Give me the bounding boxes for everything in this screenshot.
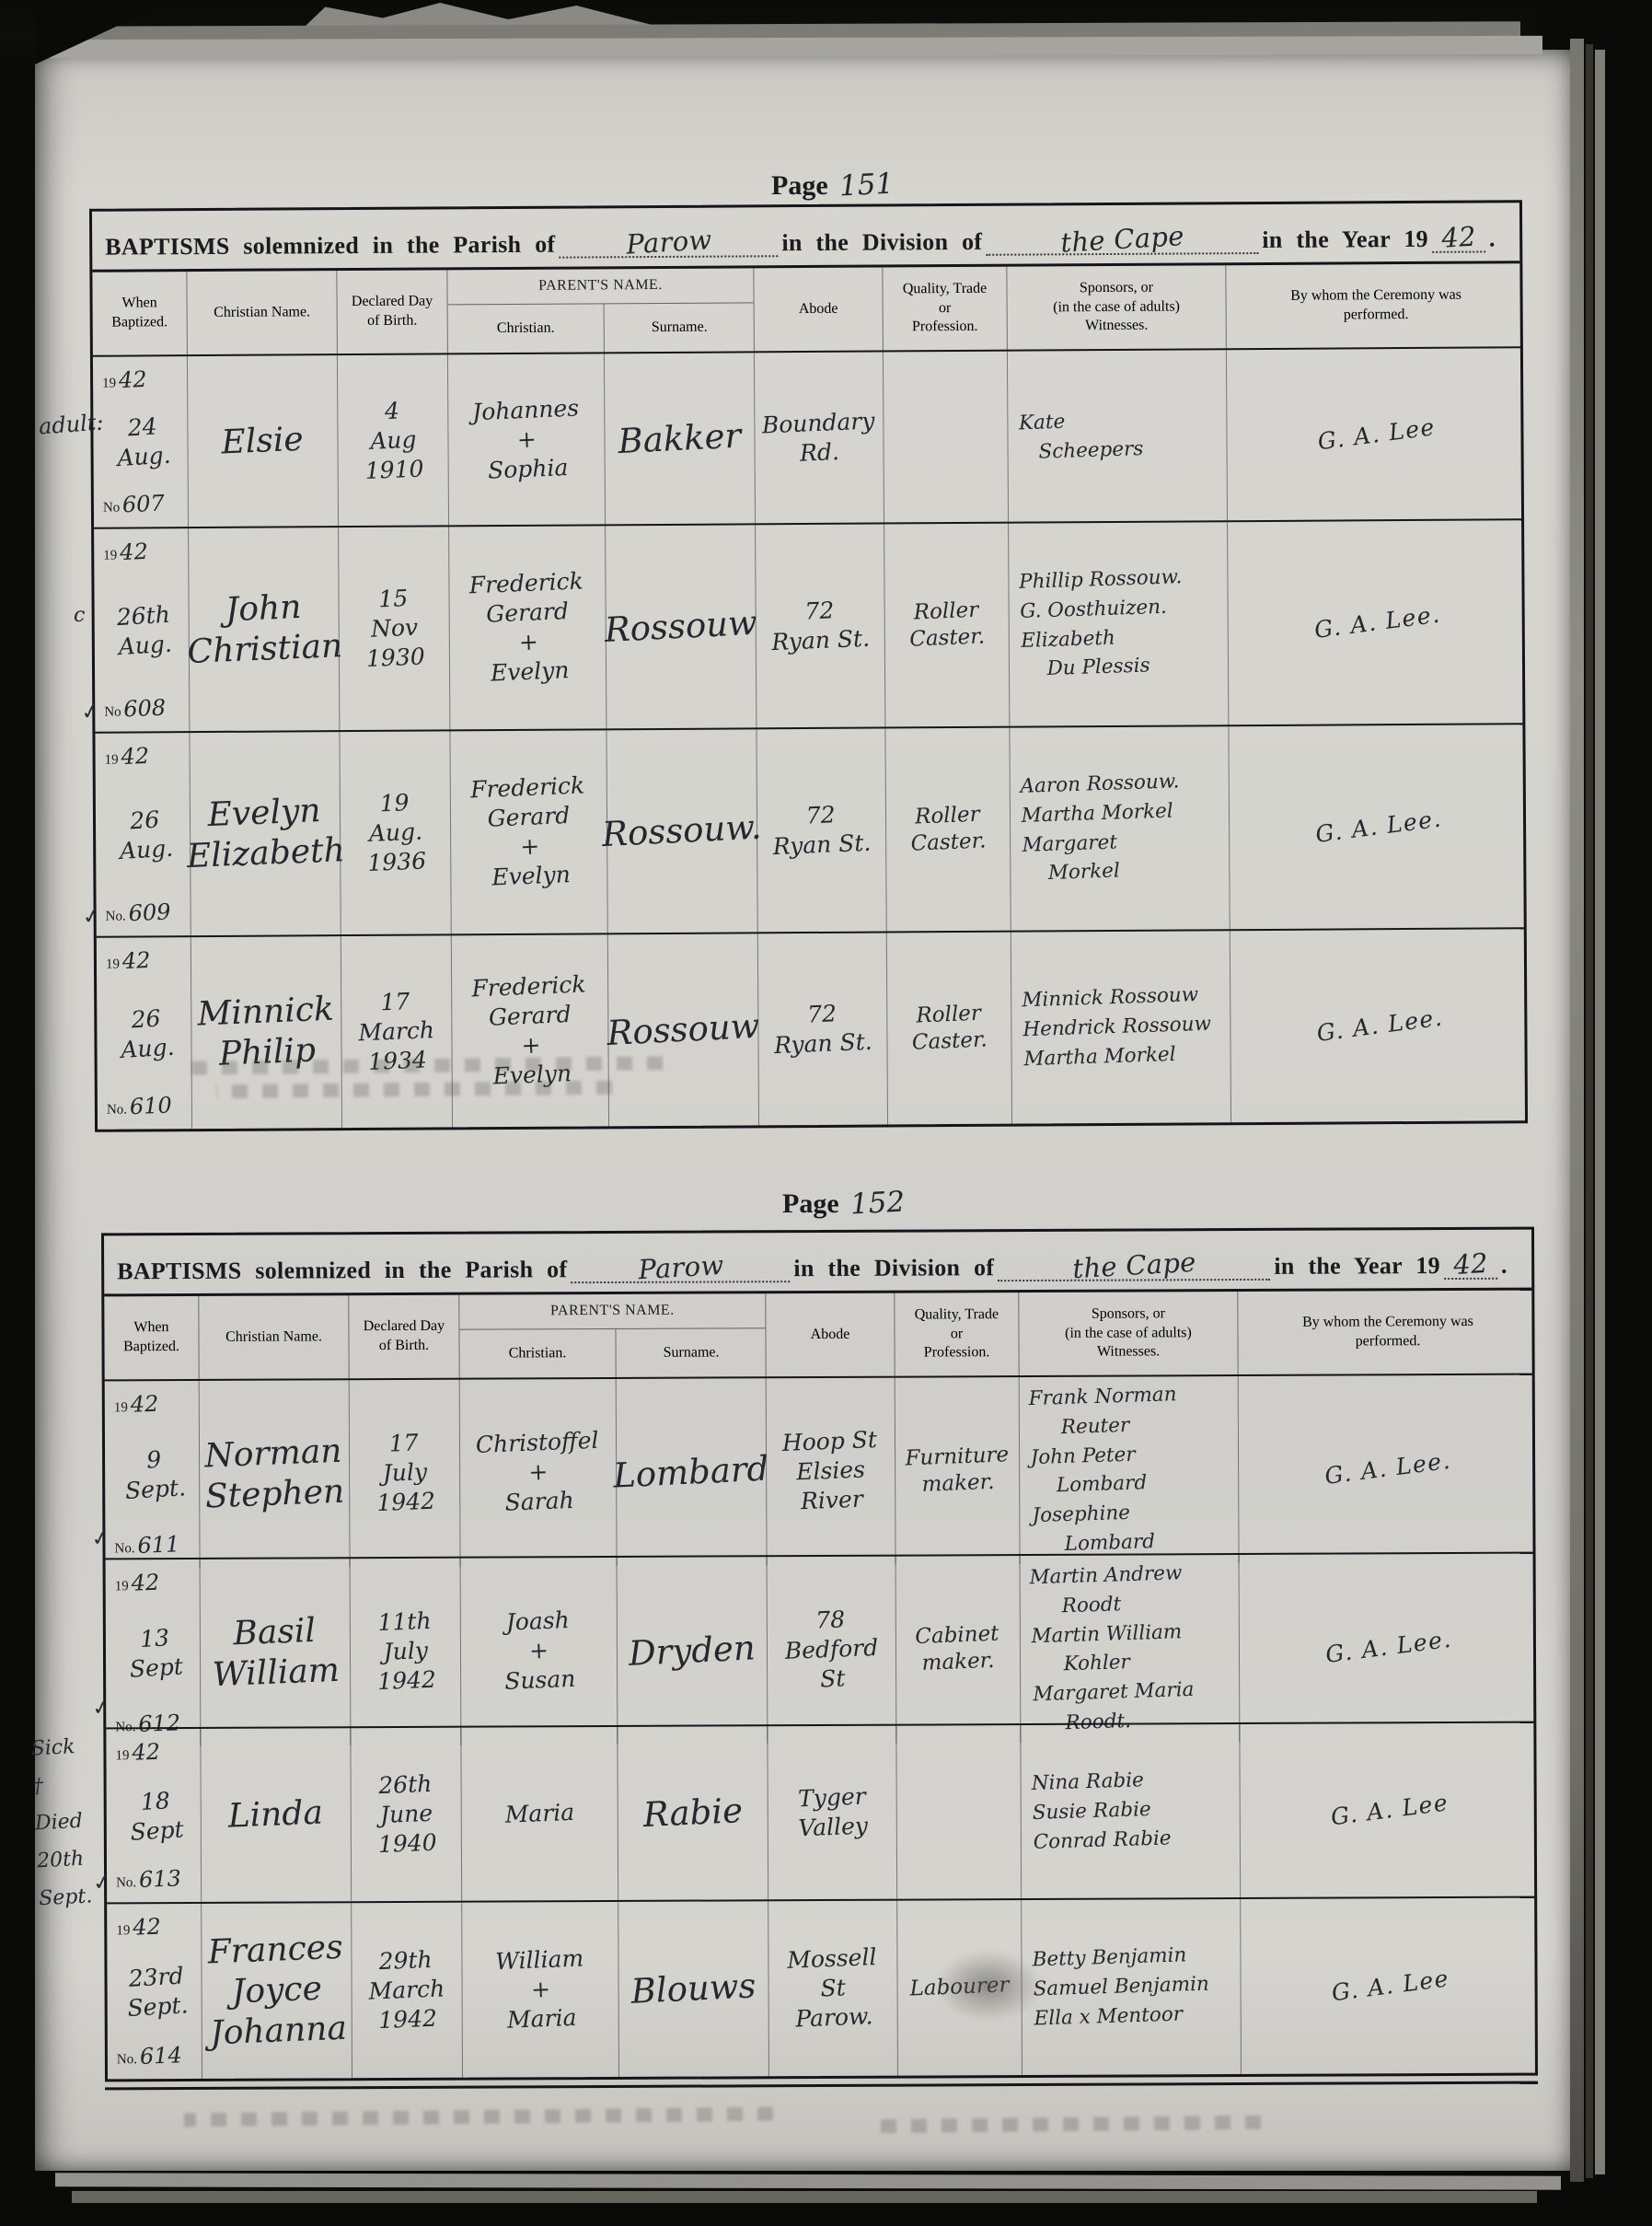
header-parent-christian: Christian. xyxy=(459,1329,616,1378)
division-name: the Cape xyxy=(1059,219,1184,261)
cell-parent-christian: William + Maria xyxy=(462,1902,619,2078)
birth-date: 4 Aug 1910 xyxy=(362,395,424,486)
cell-christian-name: Evelyn Elizabeth xyxy=(190,732,341,935)
header-sponsors: Sponsors, or (in the case of adults) Wit… xyxy=(1019,1292,1238,1375)
page-edge-top xyxy=(42,36,1542,58)
cell-parent-christian: Frederick Gerard + Evelyn xyxy=(449,526,607,729)
baptism-year: 1942 xyxy=(116,1913,161,1942)
cell-minister: G. A. Lee xyxy=(1241,1898,1541,2074)
title-text-pre: BAPTISMS solemnized in the Parish of xyxy=(117,1256,567,1285)
abode: Tyger Valley xyxy=(796,1781,868,1843)
cell-sponsors: Kate Scheepers xyxy=(1008,350,1228,521)
number-written: 607 xyxy=(122,490,166,520)
minister-signature: G. A. Lee xyxy=(1330,1964,1451,2008)
cell-parent-surname: Rossouw xyxy=(608,933,759,1126)
cell-quality: Furniture maker. xyxy=(895,1377,1021,1564)
cell-parent-surname: Lombard xyxy=(617,1378,768,1566)
sponsors-witnesses: Betty Benjamin Samuel Benjamin Ella x Me… xyxy=(1032,1941,1210,2034)
minister-signature: G. A. Lee. xyxy=(1314,805,1444,850)
abode: Boundary Rd. xyxy=(761,406,876,470)
cell-parent-surname: Rossouw. xyxy=(607,729,757,933)
quality-trade: Roller Caster. xyxy=(908,597,986,654)
cell-parent-christian: Maria xyxy=(461,1727,618,1901)
sponsors-witnesses: Aaron Rossouw. Martha Morkel Margaret Mo… xyxy=(1020,768,1183,890)
baptism-day-month: 9 Sept. xyxy=(122,1443,186,1506)
baptism-year-written: 42 xyxy=(118,365,147,395)
sponsors-witnesses: Frank Norman Reuter John Peter Lombard J… xyxy=(1028,1380,1182,1560)
baptism-year: 1942 xyxy=(114,1390,159,1419)
parent-surname: Lombard xyxy=(613,1446,770,1497)
cell-parent-surname: Rabie xyxy=(618,1726,768,1900)
title-text-pre: BAPTISMS solemnized in the Parish of xyxy=(105,231,555,261)
cell-parent-surname: Rossouw xyxy=(606,525,757,728)
minister-signature: G. A. Lee. xyxy=(1323,1446,1453,1491)
quality-trade: Cabinet maker. xyxy=(915,1621,1000,1678)
year-printed-prefix: 19 xyxy=(114,1400,128,1416)
birth-date: 15 Nov 1930 xyxy=(363,583,425,674)
parent-surname: Rossouw xyxy=(604,601,758,653)
christian-name: Evelyn Elizabeth xyxy=(184,790,345,877)
birth-date: 17 July 1942 xyxy=(374,1428,435,1518)
number-prefix: No. xyxy=(107,1103,127,1119)
cell-parent-christian: Christoffel + Sarah xyxy=(460,1379,618,1567)
header-when-baptized: When Baptized. xyxy=(92,272,188,355)
cell-declared-birth: 29th March 1942 xyxy=(352,1903,463,2079)
abode: 72 Ryan St. xyxy=(771,799,872,862)
title-text-mid: in the Division of xyxy=(793,1254,994,1282)
record-number: No608 xyxy=(104,695,166,724)
table-title: BAPTISMS solemnized in the Parish of Par… xyxy=(92,203,1519,272)
cell-quality: Cabinet maker. xyxy=(896,1556,1022,1743)
division-blank: the Cape xyxy=(998,1245,1270,1281)
minister-signature: G. A. Lee. xyxy=(1313,600,1443,645)
birth-date: 26th June 1940 xyxy=(375,1769,437,1860)
parent-surname: Rabie xyxy=(642,1789,744,1837)
cell-declared-birth: 19 Aug. 1936 xyxy=(340,731,451,934)
cell-sponsors: Betty Benjamin Samuel Benjamin Ella x Me… xyxy=(1022,1899,1242,2075)
parent-surname: Rossouw. xyxy=(601,806,762,857)
cell-when-baptized: 194223rd Sept.No.614 xyxy=(107,1904,202,2079)
header-parents-name-group: PARENT'S NAME. Christian. Surname. xyxy=(447,268,755,353)
sponsors-witnesses: Kate Scheepers xyxy=(1018,405,1143,468)
parent-christian-names: Joash + Susan xyxy=(502,1606,576,1697)
baptism-year: 1942 xyxy=(102,365,147,394)
cell-minister: G. A. Lee. xyxy=(1228,520,1528,725)
cell-sponsors: Aaron Rossouw. Martha Morkel Margaret Mo… xyxy=(1010,726,1230,930)
cell-quality xyxy=(896,1725,1022,1899)
baptism-day-month: 18 Sept xyxy=(128,1785,185,1847)
cell-quality xyxy=(884,352,1009,523)
record-row: ✓194226 Aug.No.609Evelyn Elizabeth19 Aug… xyxy=(95,723,1523,935)
record-row: ✓19429 Sept.No.611Norman Stephen17 July … xyxy=(105,1375,1533,1559)
cell-when-baptized: 194226 Aug.No.609 xyxy=(95,733,191,936)
header-by-whom: By whom the Ceremony was performed. xyxy=(1226,263,1526,348)
column-headers: When Baptized. Christian Name. Declared … xyxy=(104,1291,1531,1382)
cell-sponsors: Phillip Rossouw. G. Oosthuizen. Elizabet… xyxy=(1009,522,1229,725)
cell-christian-name: Elsie xyxy=(188,355,339,527)
cell-minister: G. A. Lee. xyxy=(1240,1554,1540,1742)
baptism-day-month: 26th Aug. xyxy=(116,599,173,661)
cell-abode: 72 Ryan St. xyxy=(756,524,885,727)
sponsors-witnesses: Martin Andrew Roodt Martin William Kohle… xyxy=(1029,1559,1196,1739)
quality-trade: Furniture maker. xyxy=(905,1442,1011,1500)
cell-parent-christian: Joash + Susan xyxy=(461,1558,618,1745)
sponsors-witnesses: Nina Rabie Susie Rabie Conrad Rabie xyxy=(1031,1766,1172,1858)
cell-when-baptized: 194224 Aug.No607 xyxy=(93,356,189,528)
cell-sponsors: Minnick Rossouw Hendrick Rossouw Martha … xyxy=(1011,931,1231,1123)
cell-when-baptized: 194226th Aug.No608 xyxy=(94,528,190,732)
cell-abode: Mossell St Parow. xyxy=(768,1901,898,2077)
baptism-year-written: 42 xyxy=(132,1738,161,1768)
register-scan: Page 151 BAPTISMS solemnized in the Pari… xyxy=(0,0,1652,2226)
baptism-year: 1942 xyxy=(115,1738,160,1767)
margin-note-c: c xyxy=(74,603,85,629)
number-prefix: No. xyxy=(117,2053,137,2069)
cell-christian-name: Linda xyxy=(201,1728,352,1902)
baptism-year: 1942 xyxy=(104,742,149,771)
cell-when-baptized: 19429 Sept.No.611 xyxy=(105,1381,201,1568)
abode: 72 Ryan St. xyxy=(770,595,871,657)
record-number: No.610 xyxy=(107,1093,172,1121)
cell-parent-surname: Blouws xyxy=(618,1901,769,2077)
cell-abode: 72 Ryan St. xyxy=(758,933,888,1125)
parent-christian-names: Johannes + Sophia xyxy=(471,393,582,486)
record-number: No.614 xyxy=(117,2042,182,2070)
year-written: 42 xyxy=(1452,1246,1489,1282)
cell-abode: Boundary Rd. xyxy=(755,352,884,523)
cell-parent-christian: Johannes + Sophia xyxy=(448,354,606,525)
header-parents-name-group: PARENT'S NAME. Christian. Surname. xyxy=(459,1293,766,1377)
page-edges-right xyxy=(1570,39,1584,2182)
cell-parent-surname: Bakker xyxy=(605,353,756,524)
number-written: 614 xyxy=(139,2042,182,2071)
baptism-day-month: 26 Aug. xyxy=(117,804,174,865)
header-when-baptized: When Baptized. xyxy=(104,1296,199,1379)
quality-trade: Roller Caster. xyxy=(910,1000,988,1057)
title-text-mid: in the Division of xyxy=(781,228,982,257)
christian-name: Linda xyxy=(227,1793,324,1838)
record-number: No.609 xyxy=(106,899,171,928)
title-text-end: . xyxy=(1501,1252,1508,1280)
number-written: 608 xyxy=(123,694,167,725)
header-by-whom: By whom the Ceremony was performed. xyxy=(1238,1291,1537,1374)
cell-declared-birth: 17 July 1942 xyxy=(350,1380,461,1567)
header-sponsors: Sponsors, or (in the case of adults) Wit… xyxy=(1007,265,1227,349)
baptism-day-month: 26 Aug. xyxy=(119,1003,176,1064)
parent-surname: Bakker xyxy=(618,413,743,463)
margin-note-adult: adult: xyxy=(38,409,105,442)
record-number: No.611 xyxy=(114,1531,179,1559)
year-printed-prefix: 19 xyxy=(102,377,116,392)
abode: Hoop St Elsies River xyxy=(768,1425,893,1518)
parent-surname: Blouws xyxy=(630,1965,757,2014)
header-declared-day: Declared Day of Birth. xyxy=(337,270,448,354)
number-written: 610 xyxy=(129,1092,172,1122)
cell-christian-name: Norman Stephen xyxy=(200,1380,351,1568)
baptism-year-written: 42 xyxy=(130,1390,159,1420)
baptism-register-table-152: BAPTISMS solemnized in the Parish of Par… xyxy=(101,1227,1538,2082)
number-written: 613 xyxy=(139,1865,182,1895)
header-quality: Quality, Trade or Profession. xyxy=(883,267,1008,351)
cell-declared-birth: 15 Nov 1930 xyxy=(339,527,450,730)
year-printed-prefix: 19 xyxy=(115,1748,129,1764)
baptism-day-month: 24 Aug. xyxy=(115,412,172,473)
year-printed-prefix: 19 xyxy=(116,1923,130,1939)
year-blank: 42 xyxy=(1432,216,1485,252)
header-christian-name: Christian Name. xyxy=(187,271,338,354)
cell-declared-birth: 26th June 1940 xyxy=(351,1728,462,1902)
cell-sponsors: Nina Rabie Susie Rabie Conrad Rabie xyxy=(1021,1724,1241,1898)
parent-surname: Rossouw xyxy=(606,1004,760,1056)
cell-christian-name: Minnick Philip xyxy=(191,936,342,1129)
parent-surname: Dryden xyxy=(628,1626,757,1675)
cell-minister: G. A. Lee. xyxy=(1229,725,1529,929)
year-printed-prefix: 19 xyxy=(105,753,119,769)
record-row: 194226 Aug.No.610Minnick Philip17 March … xyxy=(97,927,1525,1129)
header-abode: Abode xyxy=(754,267,884,351)
cell-parent-christian: Frederick Gerard + Evelyn xyxy=(450,730,607,933)
year-written: 42 xyxy=(1440,219,1477,255)
christian-name: Frances Joyce Johanna xyxy=(206,1928,348,2054)
parent-christian-names: Frederick Gerard + Evelyn xyxy=(470,969,589,1092)
baptism-year-written: 42 xyxy=(131,1569,160,1598)
page-number: 151 xyxy=(838,166,895,205)
year-printed-prefix: 19 xyxy=(103,549,117,564)
cell-christian-name: Frances Joyce Johanna xyxy=(202,1903,352,2079)
cell-christian-name: John Christian xyxy=(189,528,340,731)
records-152: ✓19429 Sept.No.611Norman Stephen17 July … xyxy=(105,1375,1535,2080)
baptism-day-month: 13 Sept xyxy=(127,1622,184,1684)
cell-quality: Roller Caster. xyxy=(884,524,1010,727)
birth-date: 19 Aug. 1936 xyxy=(364,787,427,878)
baptism-register-table-151: BAPTISMS solemnized in the Parish of Par… xyxy=(89,200,1528,1131)
division-blank: the Cape xyxy=(986,218,1258,256)
quality-trade: Roller Caster. xyxy=(909,801,987,858)
cell-parent-surname: Dryden xyxy=(618,1557,768,1745)
sponsors-witnesses: Minnick Rossouw Hendrick Rossouw Martha … xyxy=(1022,980,1213,1074)
abode: 78 Bedford St xyxy=(769,1604,894,1697)
header-declared-day: Declared Day of Birth. xyxy=(349,1295,459,1379)
header-abode: Abode xyxy=(766,1293,895,1377)
year-printed-prefix: 19 xyxy=(115,1579,129,1594)
abode: 72 Ryan St. xyxy=(772,998,872,1061)
record-number: No607 xyxy=(103,491,165,519)
page-number: 152 xyxy=(849,1184,906,1223)
page-word: Page xyxy=(771,170,828,202)
cell-minister: G. A. Lee xyxy=(1240,1723,1540,1897)
minister-signature: G. A. Lee xyxy=(1316,412,1438,457)
christian-name: Elsie xyxy=(221,419,305,463)
sponsors-witnesses: Phillip Rossouw. G. Oosthuizen. Elizabet… xyxy=(1019,563,1185,686)
record-row: 194223rd Sept.No.614Frances Joyce Johann… xyxy=(107,1896,1535,2080)
number-prefix: No. xyxy=(114,1541,134,1557)
page-edge-bottom xyxy=(55,2173,1561,2189)
cell-minister: G. A. Lee. xyxy=(1239,1375,1539,1563)
title-text-end: . xyxy=(1489,225,1496,252)
cell-abode: Hoop St Elsies River xyxy=(767,1378,896,1565)
cell-minister: G. A. Lee xyxy=(1227,348,1527,520)
page-label-152: Page 152 xyxy=(782,1186,905,1223)
header-quality: Quality, Trade or Profession. xyxy=(895,1293,1019,1376)
cell-quality: Roller Caster. xyxy=(885,728,1011,932)
birth-date: 29th March 1942 xyxy=(367,1944,446,2035)
christian-name: Basil William xyxy=(210,1609,340,1695)
baptism-year: 1942 xyxy=(106,946,151,975)
cell-sponsors: Martin Andrew Roodt Martin William Kohle… xyxy=(1021,1555,1241,1743)
year-blank: 42 xyxy=(1444,1244,1497,1280)
header-parents-name: PARENT'S NAME. xyxy=(459,1293,765,1329)
cell-christian-name: Basil William xyxy=(201,1559,352,1746)
parish-blank: Parow xyxy=(559,221,778,259)
ink-smudge xyxy=(935,1950,1042,2022)
number-prefix: No xyxy=(103,501,120,516)
baptism-year-written: 42 xyxy=(121,946,151,976)
page-word: Page xyxy=(782,1188,839,1220)
minister-signature: G. A. Lee. xyxy=(1315,1003,1445,1049)
page-edges-right xyxy=(1586,44,1593,2178)
margin-note-sick-died: Sick † Died 20th Sept. xyxy=(30,1727,125,1919)
record-number: No.613 xyxy=(116,1865,181,1894)
cell-abode: 78 Bedford St xyxy=(768,1557,897,1744)
number-written: 611 xyxy=(137,1530,180,1559)
christian-name: John Christian xyxy=(185,585,343,673)
cell-minister: G. A. Lee. xyxy=(1230,929,1531,1122)
division-name: the Cape xyxy=(1071,1246,1196,1287)
cell-declared-birth: 11th July 1942 xyxy=(351,1559,462,1745)
baptism-year-written: 42 xyxy=(121,742,150,771)
column-headers: When Baptized. Christian Name. Declared … xyxy=(92,263,1520,356)
birth-date: 11th July 1942 xyxy=(375,1606,436,1697)
page-label-151: Page 151 xyxy=(771,168,894,204)
cell-quality: Roller Caster. xyxy=(887,933,1012,1125)
header-parents-name: PARENT'S NAME. xyxy=(447,268,753,305)
title-text-year: in the Year 19 xyxy=(1274,1252,1440,1281)
year-printed-prefix: 19 xyxy=(106,957,120,973)
abode: Mossell St Parow. xyxy=(787,1942,880,2035)
baptism-year-written: 42 xyxy=(120,538,149,567)
header-parent-christian: Christian. xyxy=(448,304,605,353)
cell-abode: 72 Ryan St. xyxy=(757,728,886,932)
record-row: 194224 Aug.No607Elsie4 Aug 1910Johannes … xyxy=(93,348,1521,527)
cell-declared-birth: 17 March 1934 xyxy=(341,935,453,1128)
parish-blank: Parow xyxy=(571,1246,790,1283)
cell-when-baptized: 194226 Aug.No.610 xyxy=(97,937,192,1130)
parish-name: Parow xyxy=(625,223,712,261)
number-written: 609 xyxy=(128,899,171,929)
parent-christian-names: Frederick Gerard + Evelyn xyxy=(469,771,588,893)
minister-signature: G. A. Lee xyxy=(1329,1788,1450,1832)
record-row: ✓194218 SeptNo.613Linda26th June 1940Mar… xyxy=(106,1722,1534,1903)
christian-name: Norman Stephen xyxy=(203,1431,345,1517)
record-row: ✓194213 SeptNo.612Basil William11th July… xyxy=(106,1552,1534,1728)
table-title: BAPTISMS solemnized in the Parish of Par… xyxy=(104,1230,1531,1297)
record-row: ✓194226th Aug.No608John Christian15 Nov … xyxy=(94,518,1522,731)
number-prefix: No. xyxy=(106,910,126,925)
parent-christian-names: Maria xyxy=(504,1798,575,1830)
parish-name: Parow xyxy=(637,1248,724,1287)
cell-declared-birth: 4 Aug 1910 xyxy=(338,354,449,526)
parent-christian-names: William + Maria xyxy=(494,1943,586,2035)
parent-christian-names: Christoffel + Sarah xyxy=(475,1426,601,1519)
baptism-year-written: 42 xyxy=(133,1913,162,1942)
header-parent-surname: Surname. xyxy=(605,303,755,352)
baptism-year: 1942 xyxy=(115,1569,160,1597)
minister-signature: G. A. Lee. xyxy=(1324,1625,1454,1670)
cell-parent-christian: Frederick Gerard + Evelyn xyxy=(452,934,609,1127)
header-parent-surname: Surname. xyxy=(616,1328,766,1377)
baptism-year: 1942 xyxy=(103,538,148,566)
parent-christian-names: Frederick Gerard + Evelyn xyxy=(468,566,587,689)
cell-when-baptized: 194213 SeptNo.612 xyxy=(106,1559,202,1746)
page-edges-right xyxy=(1595,50,1605,2174)
cell-abode: Tyger Valley xyxy=(768,1726,897,1900)
page-edge-bottom xyxy=(72,2191,1537,2203)
title-text-year: in the Year 19 xyxy=(1262,226,1428,254)
records-151: 194224 Aug.No607Elsie4 Aug 1910Johannes … xyxy=(93,348,1525,1129)
number-prefix: No xyxy=(104,705,121,721)
header-christian-name: Christian Name. xyxy=(199,1295,349,1379)
baptism-day-month: 23rd Sept. xyxy=(125,1961,189,2023)
cell-sponsors: Frank Norman Reuter John Peter Lombard J… xyxy=(1020,1376,1240,1564)
